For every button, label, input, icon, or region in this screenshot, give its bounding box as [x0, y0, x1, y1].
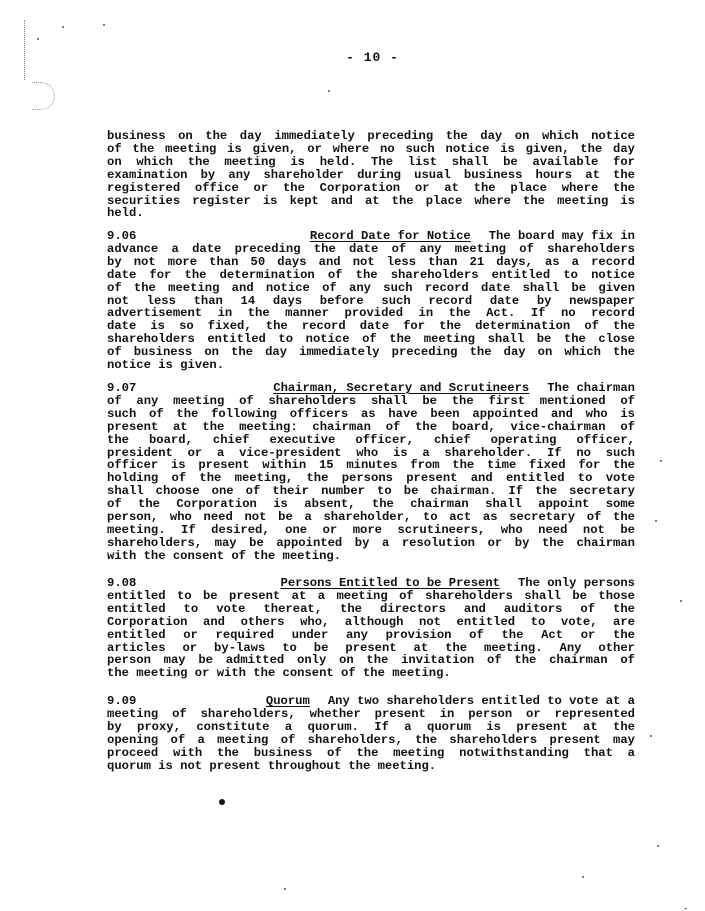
text-line: of the meeting and notice of any such re… — [107, 282, 635, 295]
text-line: opening of a meeting of shareholders, th… — [107, 734, 635, 747]
scan-speck — [103, 24, 105, 26]
text-line: proceed with the business of the meeting… — [107, 747, 635, 760]
scan-speck — [62, 26, 64, 28]
scan-speck — [650, 735, 652, 737]
document-page: - 10 - business on the day immediately p… — [0, 0, 705, 911]
scan-margin-artifact — [32, 82, 55, 110]
section-title: Record Date for Notice — [310, 229, 471, 243]
scan-speck — [284, 888, 286, 890]
text-line: by proxy, constitute a quorum. If a quor… — [107, 721, 635, 734]
section-heading: 9.06 Record Date for NoticeThe board may… — [107, 230, 635, 243]
section-first-line-text: The chairman — [547, 381, 635, 395]
page-number: - 10 - — [0, 50, 705, 65]
section-number: 9.09 — [107, 695, 136, 708]
text-line: notice is given. — [107, 359, 635, 372]
scan-speck — [37, 38, 39, 40]
continued-paragraph: business on the day immediately precedin… — [107, 130, 635, 220]
section-heading: 9.09 QuorumAny two shareholders entitled… — [107, 695, 635, 708]
scan-speck — [684, 908, 687, 909]
scan-speck — [680, 600, 682, 602]
text-line: present at the meeting: chairman of the … — [107, 421, 635, 434]
text-line: entitled to be present at a meeting of s… — [107, 590, 635, 603]
section-9-09: 9.09 QuorumAny two shareholders entitled… — [107, 695, 635, 772]
text-line: date for the determination of the shareh… — [107, 269, 635, 282]
text-line: quorum is not present throughout the mee… — [107, 760, 635, 773]
section-title: Persons Entitled to be Present — [281, 576, 500, 590]
section-number: 9.07 — [107, 382, 136, 395]
scan-speck — [657, 845, 659, 847]
section-first-line-text: The board may fix in — [489, 229, 635, 243]
scan-speck — [655, 520, 657, 522]
section-9-07: 9.07 Chairman, Secretary and Scrutineers… — [107, 382, 635, 563]
text-line: meeting. If desired, one or more scrutin… — [107, 524, 635, 537]
text-line: meeting of shareholders, whether present… — [107, 708, 635, 721]
scan-dot-artifact — [219, 799, 225, 805]
text-line: on which the meeting is held. The list s… — [107, 156, 635, 169]
text-line: securities register is kept and at the p… — [107, 195, 635, 208]
section-first-line-text: The only persons — [518, 576, 635, 590]
scan-speck — [582, 876, 584, 878]
text-line: the board, chief executive officer, chie… — [107, 434, 635, 447]
section-title: Quorum — [266, 694, 310, 708]
text-line: advance a date preceding the date of any… — [107, 243, 635, 256]
section-number: 9.08 — [107, 577, 136, 590]
text-line: business on the day immediately precedin… — [107, 130, 635, 143]
section-heading: 9.08 Persons Entitled to be PresentThe o… — [107, 577, 635, 590]
text-line: such of the following officers as have b… — [107, 408, 635, 421]
text-line: of the meeting is given, or where no suc… — [107, 143, 635, 156]
text-line: with the consent of the meeting. — [107, 550, 635, 563]
scan-speck — [328, 90, 330, 92]
text-line: entitled to vote thereat, the directors … — [107, 603, 635, 616]
text-line: shareholders, may be appointed by a reso… — [107, 537, 635, 550]
text-line: held. — [107, 207, 635, 220]
section-9-06: 9.06 Record Date for NoticeThe board may… — [107, 230, 635, 372]
section-number: 9.06 — [107, 230, 136, 243]
section-title: Chairman, Secretary and Scrutineers — [273, 381, 529, 395]
text-line: by not more than 50 days and not less th… — [107, 256, 635, 269]
section-9-08: 9.08 Persons Entitled to be PresentThe o… — [107, 577, 635, 680]
scan-speck — [660, 460, 662, 462]
section-first-line-text: Any two shareholders entitled to vote at… — [328, 694, 635, 708]
text-line: entitled or required under any provision… — [107, 629, 635, 642]
text-line: Corporation and others who, although not… — [107, 616, 635, 629]
text-line: registered office or the Corporation or … — [107, 182, 635, 195]
text-line: of any meeting of shareholders shall be … — [107, 395, 635, 408]
section-heading: 9.07 Chairman, Secretary and Scrutineers… — [107, 382, 635, 395]
text-line: examination by any shareholder during us… — [107, 169, 635, 182]
text-line: the meeting or with the consent of the m… — [107, 667, 635, 680]
